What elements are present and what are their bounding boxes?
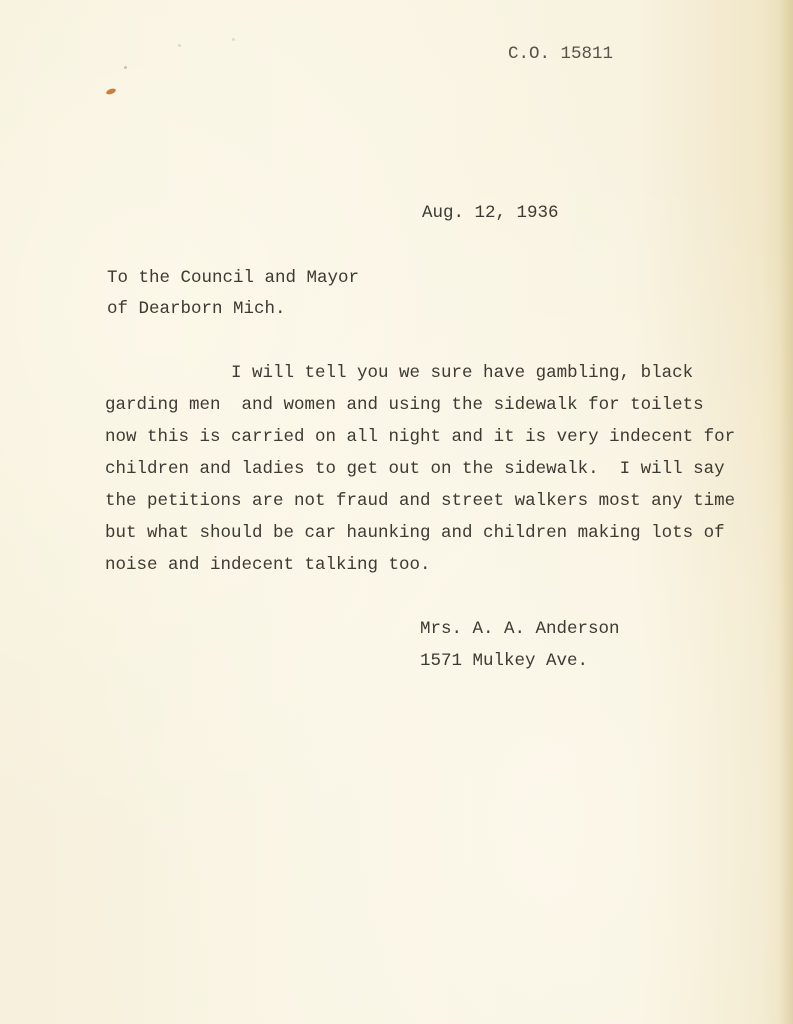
body-line-3: now this is carried on all night and it … — [105, 427, 735, 447]
signature-name: Mrs. A. A. Anderson — [420, 619, 620, 639]
file-number: C.O. 15811 — [508, 44, 613, 64]
signature-address: 1571 Mulkey Ave. — [420, 651, 588, 671]
body-line-6: but what should be car haunking and chil… — [105, 523, 725, 543]
letter-page: C.O. 15811 Aug. 12, 1936 To the Council … — [0, 0, 793, 1024]
body-line-4: children and ladies to get out on the si… — [105, 459, 725, 479]
addressee-line-1: To the Council and Mayor — [107, 268, 359, 288]
body-line-7: noise and indecent talking too. — [105, 555, 431, 575]
body-line-2: garding men and women and using the side… — [105, 395, 704, 415]
paper-speck — [124, 66, 127, 69]
paper-speck — [178, 44, 181, 47]
paper-speck — [232, 38, 235, 41]
letter-date: Aug. 12, 1936 — [422, 203, 559, 223]
body-line-5: the petitions are not fraud and street w… — [105, 491, 735, 511]
addressee-line-2: of Dearborn Mich. — [107, 299, 286, 319]
paper-edge-shadow — [779, 0, 793, 1024]
rust-stain — [105, 87, 116, 95]
body-line-1: I will tell you we sure have gambling, b… — [105, 363, 693, 383]
